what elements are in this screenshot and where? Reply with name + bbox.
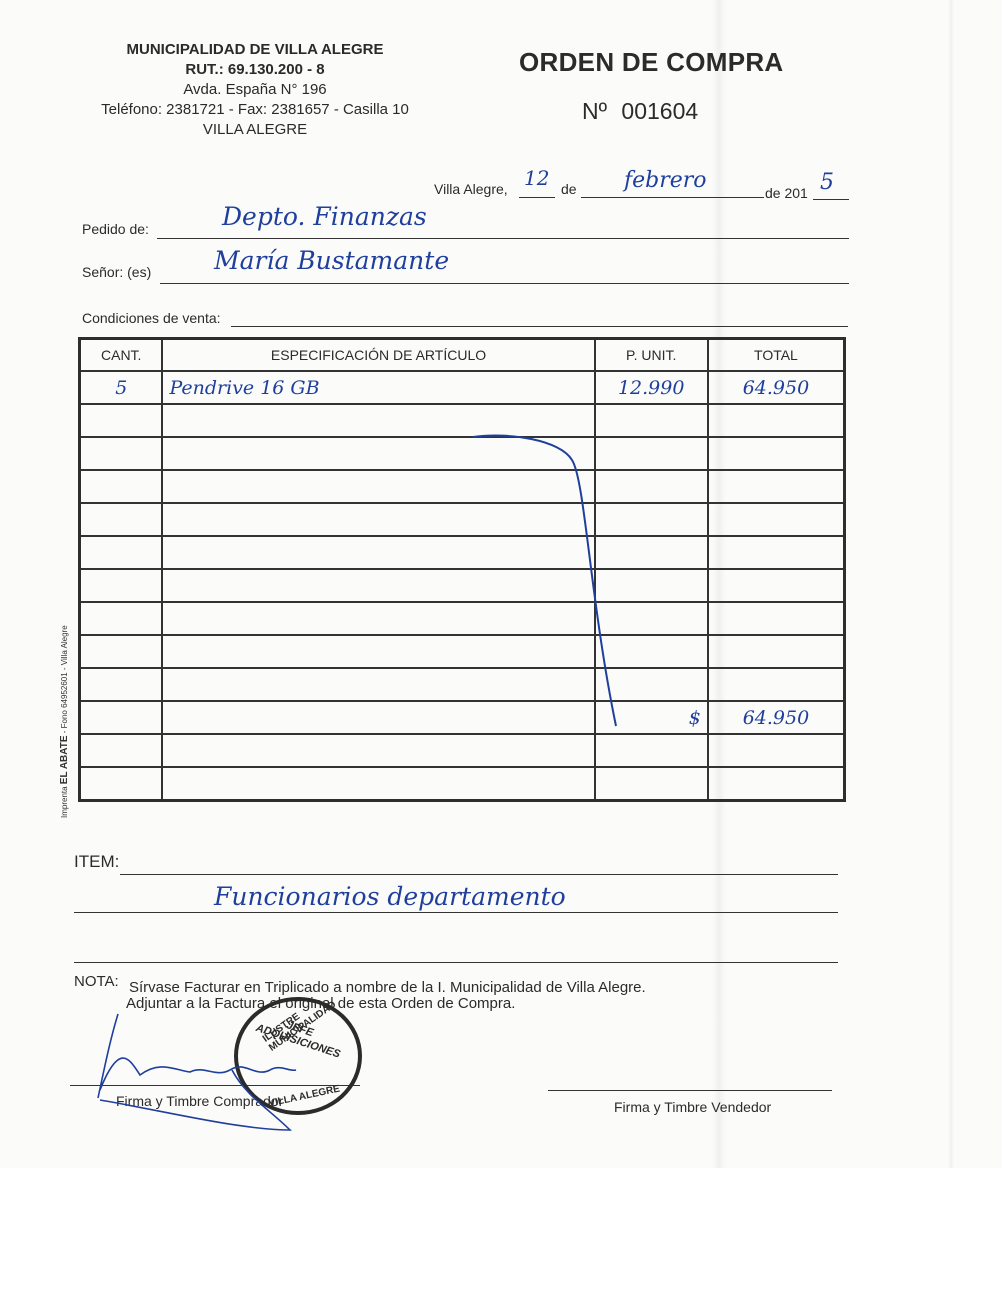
cell-cant[interactable] (80, 536, 163, 569)
cell-cant[interactable] (80, 569, 163, 602)
table-row (80, 536, 845, 569)
cell-especificacion[interactable] (162, 635, 594, 668)
cell-total[interactable] (708, 602, 845, 635)
cell-especificacion[interactable] (162, 668, 594, 701)
printer-suffix: - Fono 64952601 - Villa Alegre (60, 625, 69, 733)
issuer-city: VILLA ALEGRE (80, 120, 430, 140)
cell-cant[interactable] (80, 635, 163, 668)
cell-cant[interactable] (80, 470, 163, 503)
cell-p-unit[interactable] (595, 437, 708, 470)
header-p-unit: P. UNIT. (595, 339, 708, 372)
table-row (80, 668, 845, 701)
cell-total[interactable] (708, 767, 845, 801)
table-row (80, 767, 845, 801)
item-line-2 (74, 912, 838, 913)
date-year-line (813, 199, 849, 200)
senor-line (160, 283, 849, 284)
date-year-label: de 201 (765, 185, 808, 201)
cell-p-unit[interactable] (595, 767, 708, 801)
item-label: ITEM: (74, 852, 119, 872)
cell-total[interactable] (708, 503, 845, 536)
document-number: Nº 001604 (582, 98, 698, 125)
cell-p-unit[interactable] (595, 536, 708, 569)
printer-prefix: Imprenta (60, 786, 69, 818)
cell-cant[interactable] (80, 767, 163, 801)
table-row (80, 569, 845, 602)
cell-especificacion[interactable] (162, 569, 594, 602)
issuer-name: MUNICIPALIDAD DE VILLA ALEGRE (80, 40, 430, 60)
table-row (80, 437, 845, 470)
cell-especificacion[interactable] (162, 602, 594, 635)
seller-signature-label: Firma y Timbre Vendedor (614, 1099, 771, 1115)
items-table: CANT. ESPECIFICACIÓN DE ARTÍCULO P. UNIT… (78, 337, 846, 802)
cell-p-unit[interactable]: $ (595, 701, 708, 734)
cell-p-unit[interactable] (595, 569, 708, 602)
table-row: 5Pendrive 16 GB12.99064.950 (80, 371, 845, 404)
item-line-1 (120, 874, 838, 875)
table-row: $64.950 (80, 701, 845, 734)
cell-cant[interactable]: 5 (80, 371, 163, 404)
cell-cant[interactable] (80, 602, 163, 635)
table-row (80, 404, 845, 437)
cell-total[interactable] (708, 569, 845, 602)
cell-especificacion[interactable] (162, 701, 594, 734)
header-cant: CANT. (80, 339, 163, 372)
cell-especificacion[interactable] (162, 767, 594, 801)
table-row (80, 503, 845, 536)
table-row (80, 602, 845, 635)
date-month-value[interactable]: febrero (624, 168, 707, 193)
issuer-rut: RUT.: 69.130.200 - 8 (80, 60, 430, 80)
cell-especificacion[interactable] (162, 437, 594, 470)
condiciones-line (231, 326, 848, 327)
cell-p-unit[interactable]: 12.990 (595, 371, 708, 404)
table-row (80, 635, 845, 668)
seller-signature-line (548, 1090, 832, 1091)
date-place-label: Villa Alegre, (434, 181, 508, 197)
cell-cant[interactable] (80, 668, 163, 701)
cell-especificacion[interactable] (162, 503, 594, 536)
cell-p-unit[interactable] (595, 668, 708, 701)
item-value[interactable]: Funcionarios departamento (214, 882, 566, 911)
pedido-de-label: Pedido de: (82, 221, 149, 237)
date-year-value[interactable]: 5 (820, 170, 834, 195)
cell-total[interactable] (708, 734, 845, 767)
header-especificacion: ESPECIFICACIÓN DE ARTÍCULO (162, 339, 594, 372)
note-label: NOTA: (74, 973, 119, 990)
cell-especificacion[interactable] (162, 404, 594, 437)
table-header-row: CANT. ESPECIFICACIÓN DE ARTÍCULO P. UNIT… (80, 339, 845, 372)
issuer-block: MUNICIPALIDAD DE VILLA ALEGRE RUT.: 69.1… (80, 40, 430, 140)
cell-total[interactable] (708, 536, 845, 569)
cell-especificacion[interactable]: Pendrive 16 GB (162, 371, 594, 404)
cell-p-unit[interactable] (595, 470, 708, 503)
cell-total[interactable] (708, 404, 845, 437)
cell-total[interactable]: 64.950 (708, 701, 845, 734)
date-de-label: de (561, 181, 577, 197)
cell-total[interactable] (708, 437, 845, 470)
printer-imprint: Imprenta EL ABATE - Fono 64952601 - Vill… (59, 625, 70, 818)
cell-cant[interactable] (80, 437, 163, 470)
table-row (80, 734, 845, 767)
date-month-line (581, 197, 764, 198)
pedido-de-line (157, 238, 849, 239)
issuer-address: Avda. España N° 196 (80, 80, 430, 100)
header-total: TOTAL (708, 339, 845, 372)
pedido-de-value[interactable]: Depto. Finanzas (222, 202, 427, 231)
cell-total[interactable] (708, 635, 845, 668)
number-label: Nº (582, 98, 607, 124)
cell-cant[interactable] (80, 734, 163, 767)
senor-label: Señor: (es) (82, 264, 151, 280)
cell-p-unit[interactable] (595, 734, 708, 767)
cell-p-unit[interactable] (595, 602, 708, 635)
official-stamp: ILUSTRE MUNICIPALIDAD JEFE ADQUISICIONES… (234, 997, 362, 1115)
number-value: 001604 (621, 98, 698, 124)
cell-especificacion[interactable] (162, 470, 594, 503)
cell-p-unit[interactable] (595, 503, 708, 536)
cell-cant[interactable] (80, 404, 163, 437)
cell-total[interactable] (708, 470, 845, 503)
issuer-contact: Teléfono: 2381721 - Fax: 2381657 - Casil… (80, 100, 430, 120)
printer-name: EL ABATE (59, 735, 70, 784)
table-row (80, 470, 845, 503)
condiciones-label: Condiciones de venta: (82, 310, 221, 326)
date-day-line (519, 197, 555, 198)
cell-cant[interactable] (80, 701, 163, 734)
cell-total[interactable] (708, 668, 845, 701)
item-line-3 (74, 962, 838, 963)
stamp-ring-bottom: VILLA ALEGRE (268, 1084, 341, 1110)
note-line-1: Sírvase Facturar en Triplicado a nombre … (129, 979, 646, 996)
cell-p-unit[interactable] (595, 635, 708, 668)
cell-cant[interactable] (80, 503, 163, 536)
paper-fold-shadow (948, 0, 954, 1168)
cell-especificacion[interactable] (162, 536, 594, 569)
items-table-body: 5Pendrive 16 GB12.99064.950$64.950 (80, 371, 845, 801)
cell-total[interactable]: 64.950 (708, 371, 845, 404)
document-title: ORDEN DE COMPRA (519, 47, 784, 78)
cell-p-unit[interactable] (595, 404, 708, 437)
senor-value[interactable]: María Bustamante (214, 246, 449, 275)
date-day-value[interactable]: 12 (524, 166, 549, 190)
cell-especificacion[interactable] (162, 734, 594, 767)
